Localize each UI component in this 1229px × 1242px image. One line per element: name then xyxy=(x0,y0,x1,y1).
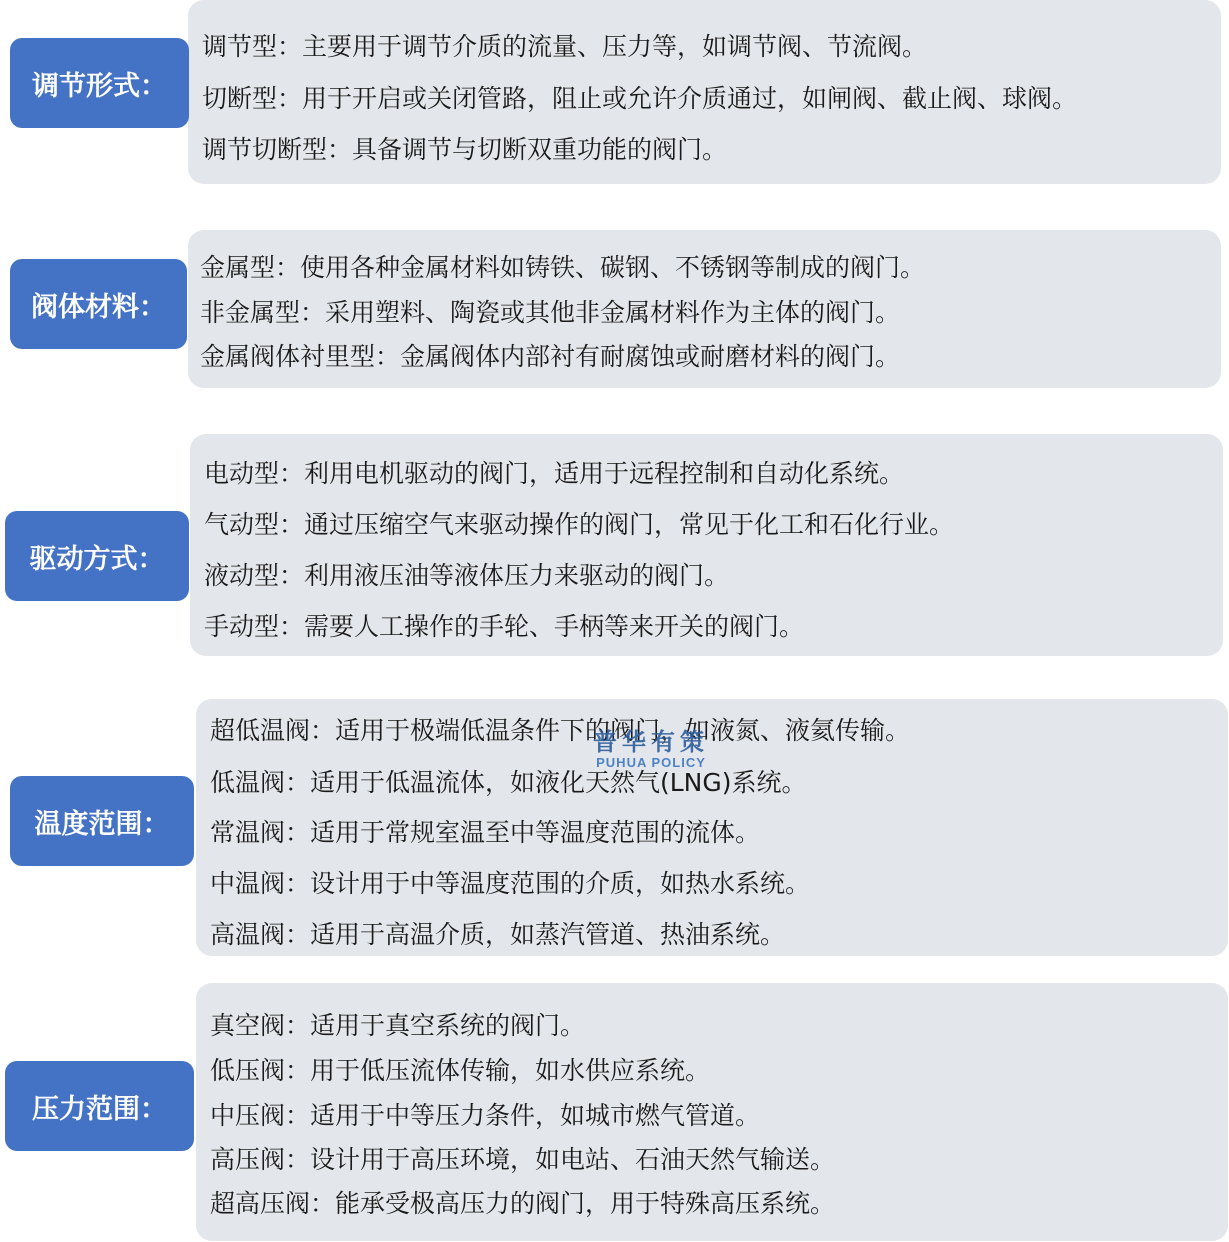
list-item: 中温阀：设计用于中等温度范围的介质，如热水系统。 xyxy=(210,869,810,899)
list-item: 气动型：通过压缩空气来驱动操作的阀门，常见于化工和石化行业。 xyxy=(204,510,954,540)
label-pressure-range: 压力范围： xyxy=(5,1061,194,1151)
label-temperature-range: 温度范围： xyxy=(10,776,194,866)
list-item: 低温阀：适用于低温流体，如液化天然气(LNG)系统。 xyxy=(210,768,807,798)
list-item: 调节型：主要用于调节介质的流量、压力等，如调节阀、节流阀。 xyxy=(202,32,927,62)
list-item: 常温阀：适用于常规室温至中等温度范围的流体。 xyxy=(210,818,760,848)
label-regulation-form: 调节形式： xyxy=(10,38,189,128)
list-item: 超高压阀：能承受极高压力的阀门，用于特殊高压系统。 xyxy=(210,1189,835,1219)
list-item: 金属型：使用各种金属材料如铸铁、碳钢、不锈钢等制成的阀门。 xyxy=(200,253,925,283)
list-item: 高压阀：设计用于高压环境，如电站、石油天然气输送。 xyxy=(210,1145,835,1175)
label-drive-mode: 驱动方式： xyxy=(5,511,189,601)
list-item: 中压阀：适用于中等压力条件，如城市燃气管道。 xyxy=(210,1101,760,1131)
list-item: 超低温阀：适用于极端低温条件下的阀门，如液氮、液氦传输。 xyxy=(210,716,910,746)
list-item: 手动型：需要人工操作的手轮、手柄等来开关的阀门。 xyxy=(204,612,804,642)
label-body-material: 阀体材料： xyxy=(10,259,187,349)
list-item: 液动型：利用液压油等液体压力来驱动的阀门。 xyxy=(204,561,729,591)
list-item: 真空阀：适用于真空系统的阀门。 xyxy=(210,1011,585,1041)
list-item: 高温阀：适用于高温介质，如蒸汽管道、热油系统。 xyxy=(210,920,785,950)
list-item: 金属阀体衬里型：金属阀体内部衬有耐腐蚀或耐磨材料的阀门。 xyxy=(200,342,900,372)
list-item: 低压阀：用于低压流体传输，如水供应系统。 xyxy=(210,1056,710,1086)
list-item: 电动型：利用电机驱动的阀门，适用于远程控制和自动化系统。 xyxy=(204,459,904,489)
list-item: 调节切断型：具备调节与切断双重功能的阀门。 xyxy=(202,135,727,165)
list-item: 非金属型：采用塑料、陶瓷或其他非金属材料作为主体的阀门。 xyxy=(200,298,900,328)
list-item: 切断型：用于开启或关闭管路，阻止或允许介质通过，如闸阀、截止阀、球阀。 xyxy=(202,84,1077,114)
